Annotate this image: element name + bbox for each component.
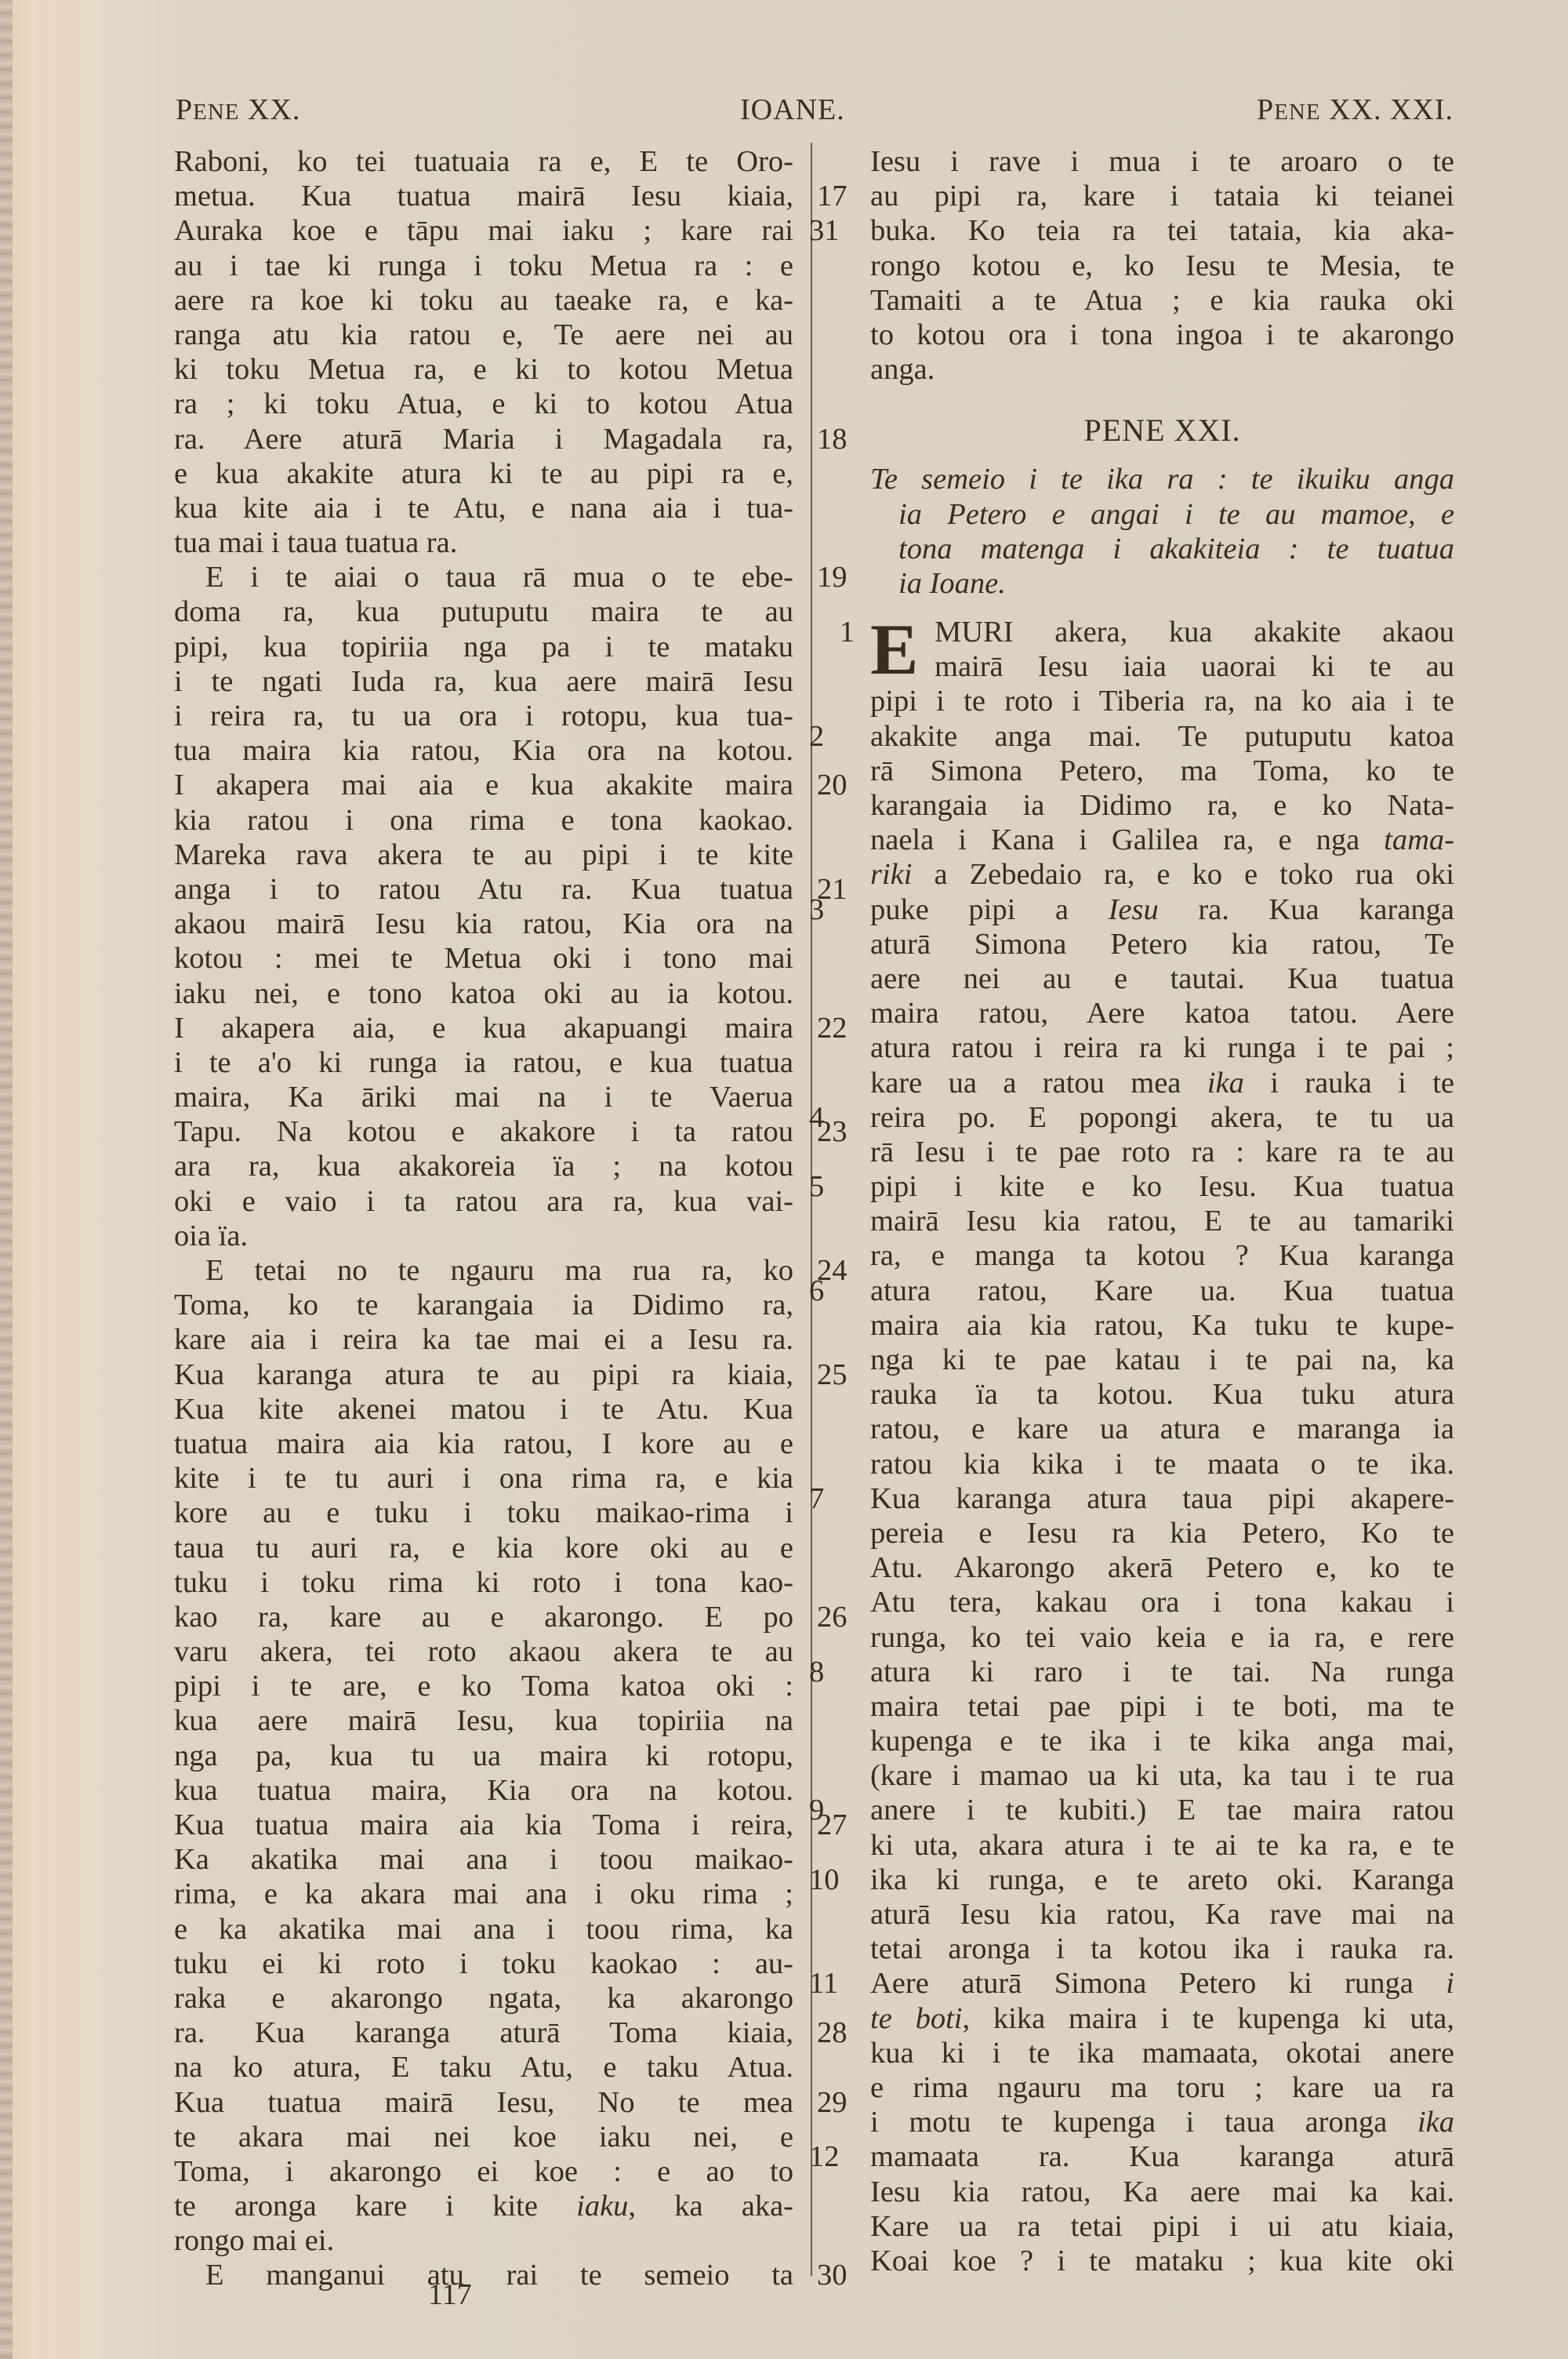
text-line: Tapu. Na kotou e akakore i ta ratou23 [174,1114,793,1149]
text-line: riki a Zebedaio ra, e ko e toko rua oki [870,857,1454,892]
text-line: Kua karanga atura taua pipi akapere-7 [870,1481,1454,1516]
text-line: buka. Ko teia ra tei tataia, kia aka-31 [870,213,1454,248]
text-line: Te semeio i te ika ra : te ikuiku anga [870,462,1454,496]
verse-number: 26 [817,1600,864,1634]
text-line: e ka akatika mai ana i toou rima, ka [174,1912,793,1946]
text-line: Iesu kia ratou, Ka aere mai ka kai. [870,2175,1454,2209]
text-line: kare aia i reira ka tae mai ei a Iesu ra… [174,1322,793,1357]
text-line: naela i Kana i Galilea ra, e nga tama- [870,823,1454,857]
text-line: ki toku Metua ra, e ki to kotou Metua [174,352,793,387]
text-line: ra, e manga ta kotou ? Kua karanga [870,1238,1454,1273]
text-line: E tetai no te ngauru ma rua ra, ko24 [174,1253,793,1288]
text-line: e kua akakite atura ki te au pipi ra e, [174,456,793,491]
verse-number: 1 [809,615,855,649]
verse-number: 4 [809,1100,855,1135]
text-line: Toma, ko te karangaia ia Didimo ra, [174,1288,793,1322]
text-line: taua tu auri ra, e kia kore oki au e [174,1531,793,1565]
text-line: tua maira kia ratou, Kia ora na kotou. [174,733,793,768]
text-line: te akara mai nei koe iaku nei, e [174,2120,793,2154]
text-line: atura ratou i reira ra ki runga i te pai… [870,1030,1454,1065]
text-line: kotou : mei te Metua oki i tono mai [174,941,793,976]
text-line: reira po. E popongi akera, te tu ua4 [870,1100,1454,1135]
text-line: rongo mai ei. [174,2223,793,2258]
text-line: varu akera, tei roto akaou akera te au [174,1634,793,1669]
running-head: PENE XX. IOANE. PENE XX. XXI. [176,93,1454,133]
text-line: i motu te kupenga i taua aronga ika [870,2105,1454,2139]
text-line: pipi i te roto i Tiberia ra, na ko aia i… [870,684,1454,718]
text-line: au i tae ki runga i toku Metua ra : e [174,249,793,283]
text-line: nga ki te pae katau i te pai na, ka [870,1343,1454,1377]
text-line: ia Petero e angai i te au mamoe, e [870,497,1454,532]
text-line: mairā Iesu iaia uaorai ki te au [870,649,1454,684]
text-line: anga i to ratou Atu ra. Kua tuatua21 [174,872,793,907]
text-line: i te a'o ki runga ia ratou, e kua tuatua [174,1045,793,1080]
text-line: I akapera aia, e kua akapuangi maira22 [174,1011,793,1045]
running-head-left: PENE XX. [176,93,300,127]
text-line: te aronga kare i kite iaku, ka aka- [174,2189,793,2223]
text-line: rā Iesu i te pae roto ra : kare ra te au [870,1135,1454,1169]
text-line: raka e akarongo ngata, ka akarongo [174,1981,793,2016]
text-line: I akapera mai aia e kua akakite maira20 [174,768,793,802]
text-line: ra ; ki toku Atua, e ki to kotou Atua [174,387,793,421]
text-line: ara ra, kua akakoreia ïa ; na kotou [174,1149,793,1183]
text-line: Koai koe ? i te mataku ; kua kite oki [870,2244,1454,2278]
text-line: Atu tera, kakau ora i tona kakau i [870,1585,1454,1619]
running-head-right: PENE XX. XXI. [1257,93,1454,127]
book-page: PENE XX. IOANE. PENE XX. XXI. Raboni, ko… [0,0,1568,2359]
verse-number: 31 [809,213,855,248]
text-line: maira ratou, Aere katoa tatou. Aere [870,996,1454,1030]
verse-number: 30 [817,2258,864,2292]
text-line: Kua tuatua maira aia kia Toma i reira,27 [174,1808,793,1842]
text-line: Auraka koe e tāpu mai iaku ; kare rai [174,213,793,248]
verse-number: 25 [817,1358,864,1392]
text-line: te boti, kika maira i te kupenga ki uta, [870,2001,1454,2036]
verse-number: 9 [809,1793,855,1827]
text-line: anga. [870,352,1454,387]
verse-number: 5 [809,1169,855,1204]
text-line: kua kite aia i te Atu, e nana aia i tua- [174,491,793,525]
text-line: maira, Ka āriki mai na i te Vaerua [174,1080,793,1114]
page-gutter-edge [0,0,13,2359]
text-line: kia ratou i ona rima e tona kaokao. [174,803,793,838]
verse-number: 3 [809,892,855,927]
text-line: e rima ngauru ma toru ; kare ua ra [870,2070,1454,2105]
text-line: E manganui atu rai te semeio ta30 [174,2258,793,2292]
text-line: aere ra koe ki toku au taeake ra, e ka- [174,283,793,318]
verse-number: 11 [809,1966,855,2001]
text-line: ia Ioane. [870,566,1454,601]
text-line: Kare ua ra tetai pipi i ui atu kiaia, [870,2209,1454,2244]
page-number: 117 [428,2277,472,2312]
text-line: nga pa, kua tu ua maira ki rotopu, [174,1739,793,1773]
text-line: akakite anga mai. Te putuputu katoa2 [870,719,1454,754]
text-line: Tamaiti a te Atua ; e kia rauka oki [870,283,1454,318]
chapter-21-body: pipi i te roto i Tiberia ra, na ko aia i… [870,684,1454,2278]
text-line: i reira ra, tu ua ora i rotopu, kua tua- [174,699,793,733]
text-line: maira aia kia ratou, Ka tuku te kupe- [870,1308,1454,1343]
text-line: pereia e Iesu ra kia Petero, Ko te [870,1516,1454,1550]
text-line: kite i te tu auri i ona rima ra, e kia [174,1461,793,1496]
text-line: ra. Aere aturā Maria i Magadala ra,18 [174,422,793,456]
verse-number: 18 [817,422,864,456]
text-line: MURI akera, kua akakite akaou [870,615,1454,649]
running-head-book-title: IOANE. [740,93,845,127]
verse-number: 28 [817,2016,864,2050]
text-line: Raboni, ko tei tuatuaia ra e, E te Oro- [174,144,793,179]
chapter-heading: PENE XXI. [870,413,1454,448]
text-line: aere nei au e tautai. Kua tuatua [870,961,1454,996]
text-line: kua aere mairā Iesu, kua topiriia na [174,1703,793,1738]
text-line: kupenga e te ika i te kika anga mai, [870,1724,1454,1758]
text-line: puke pipi a Iesu ra. Kua karanga3 [870,892,1454,927]
right-text-column: Iesu i rave i mua i te aroaro o teau pip… [870,144,1454,2278]
text-line: pipi i kite e ko Iesu. Kua tuatua5 [870,1169,1454,1204]
text-line: metua. Kua tuatua mairā Iesu kiaia,17 [174,179,793,213]
text-line: tua mai i taua tuatua ra. [174,525,793,560]
text-line: aturā Iesu kia ratou, Ka rave mai na [870,1897,1454,1932]
text-line: Kua karanga atura te au pipi ra kiaia,25 [174,1358,793,1392]
text-line: mairā Iesu kia ratou, E te au tamariki [870,1204,1454,1238]
text-line: tetai aronga i ta kotou ika i rauka ra. [870,1932,1454,1966]
text-line: Iesu i rave i mua i te aroaro o te [870,144,1454,179]
text-line: oki e vaio i ta ratou ara ra, kua vai- [174,1184,793,1219]
text-line: rongo kotou e, ko Iesu te Mesia, te [870,249,1454,283]
text-line: to kotou ora i tona ingoa i te akarongo [870,318,1454,352]
column-divider-rule [811,143,812,2276]
text-line: karangaia ia Didimo ra, e ko Nata- [870,788,1454,823]
text-line: atura ki raro i te tai. Na runga8 [870,1655,1454,1689]
verse-number: 8 [809,1655,855,1689]
text-line: Toma, i akarongo ei koe : e ao to [174,2154,793,2189]
text-line: ratou, e kare ua atura e maranga ia [870,1412,1454,1446]
text-line: akaou mairā Iesu kia ratou, Kia ora na [174,907,793,941]
text-line: (kare i mamao ua ki uta, ka tau i te rua [870,1758,1454,1793]
chapter-opening: 1 E MURI akera, kua akakite akaoumairā I… [870,615,1454,684]
text-line: tona matenga i akakiteia : te tuatua [870,532,1454,566]
text-line: runga, ko tei vaio keia e ia ra, e rere [870,1620,1454,1655]
text-line: pipi i te are, e ko Toma katoa oki : [174,1669,793,1703]
text-line: pipi, kua topiriia nga pa i te mataku [174,630,793,664]
text-line: Atu. Akarongo akerā Petero e, ko te [870,1550,1454,1585]
verse-number: 17 [817,179,864,213]
text-line: Ka akatika mai ana i toou maikao- [174,1842,793,1877]
text-line: tuku i toku rima ki roto i tona kao- [174,1565,793,1600]
verse-number: 2 [809,719,855,754]
text-line: Kua tuatua mairā Iesu, No te mea29 [174,2085,793,2120]
verse-number: 6 [809,1274,855,1308]
text-line: tuatua maira aia kia ratou, I kore au e [174,1427,793,1461]
text-line: Aere aturā Simona Petero ki runga i11 [870,1966,1454,2001]
verse-number: 20 [817,768,864,802]
text-line: tuku ei ki roto i toku kaokao : au- [174,1946,793,1981]
chapter-20-ending: Iesu i rave i mua i te aroaro o teau pip… [870,144,1454,387]
text-line: Kua kite akenei matou i te Atu. Kua [174,1392,793,1427]
text-line: i te ngati Iuda ra, kua aere mairā Iesu [174,664,793,699]
text-line: kao ra, kare au e akarongo. E po26 [174,1600,793,1634]
text-line: E i te aiai o taua rā mua o te ebe-19 [174,560,793,594]
text-line: aturā Simona Petero kia ratou, Te [870,927,1454,961]
chapter-summary: Te semeio i te ika ra : te ikuiku angaia… [870,462,1454,601]
text-line: kua tuatua maira, Kia ora na kotou. [174,1773,793,1808]
text-line: kare ua a ratou mea ika i rauka i te [870,1066,1454,1100]
text-line: oia ïa. [174,1219,793,1253]
text-line: ika ki runga, e te areto oki. Karanga10 [870,1863,1454,1897]
text-line: ranga atu kia ratou e, Te aere nei au [174,318,793,352]
verse-number: 12 [809,2139,855,2174]
text-line: rima, e ka akara mai ana i oku rima ; [174,1877,793,1911]
text-line: kua ki i te ika mamaata, okotai anere [870,2036,1454,2070]
verse-number: 19 [817,560,864,594]
text-line: kore au e tuku i toku maikao-rima i [174,1496,793,1530]
text-line: mamaata ra. Kua karanga aturā12 [870,2139,1454,2174]
verse-number: 7 [809,1481,855,1516]
text-line: na ko atura, E taku Atu, e taku Atua. [174,2050,793,2085]
text-line: ra. Kua karanga aturā Toma kiaia,28 [174,2016,793,2050]
text-line: iaku nei, e tono katoa oki au ia kotou. [174,976,793,1011]
text-line: doma ra, kua putuputu maira te au [174,594,793,629]
text-line: atura ratou, Kare ua. Kua tuatua6 [870,1274,1454,1308]
text-line: anere i te kubiti.) E tae maira ratou9 [870,1793,1454,1827]
text-line: Mareka rava akera te au pipi i te kite [174,838,793,872]
left-text-column: Raboni, ko tei tuatuaia ra e, E te Oro-m… [174,144,793,2293]
text-line: maira tetai pae pipi i te boti, ma te [870,1689,1454,1724]
verse-number: 10 [809,1863,855,1897]
text-line: ratou kia kika i te maata o te ika. [870,1447,1454,1481]
text-line: ki uta, akara atura i te ai te ka ra, e … [870,1828,1454,1863]
verse-number: 22 [817,1011,864,1045]
text-line: rauka ïa ta kotou. Kua tuku atura [870,1377,1454,1412]
verse-number: 29 [817,2085,864,2120]
text-line: rā Simona Petero, ma Toma, ko te [870,754,1454,788]
text-line: au pipi ra, kare i tataia ki teianei [870,179,1454,213]
